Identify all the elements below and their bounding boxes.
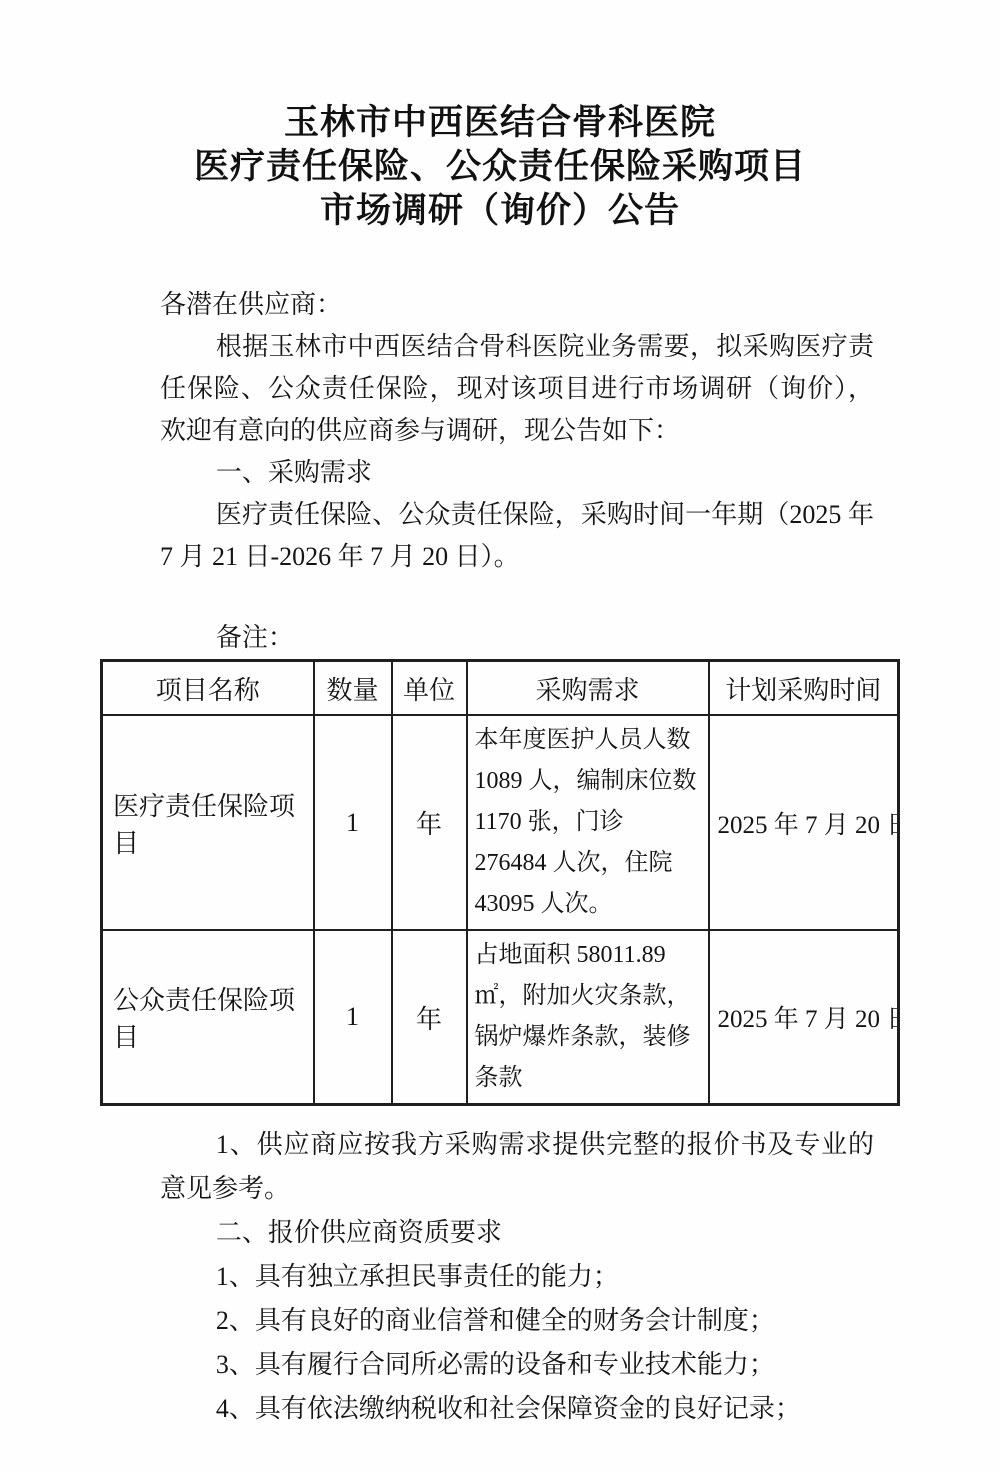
- row2-demand: 占地面积 58011.89 ㎡，附加火灾条款，锅炉爆炸条款，装修条款: [467, 930, 709, 1105]
- row2-planned-time: 2025 年 7 月 20 日: [709, 930, 899, 1105]
- table-row: 医疗责任保险项目 1 年 本年度医护人员人数 1089 人，编制床位数 1170…: [102, 715, 899, 930]
- row1-planned-time: 2025 年 7 月 20 日: [709, 715, 899, 930]
- title-line-1: 玉林市中西医结合骨科医院: [0, 101, 1000, 145]
- qualification-item-3: 3、具有履行合同所必需的设备和专业技术能力；: [160, 1343, 874, 1387]
- after-table-note: 1、供应商应按我方采购需求提供完整的报价书及专业的意见参考。: [160, 1123, 874, 1211]
- header-demand: 采购需求: [467, 661, 709, 716]
- row2-quantity: 1: [314, 930, 392, 1105]
- salutation: 各潜在供应商：: [160, 284, 874, 326]
- row2-unit: 年: [392, 930, 467, 1105]
- section1-body: 医疗责任保险、公众责任保险，采购时间一年期（2025 年 7 月 21 日-20…: [160, 494, 874, 578]
- header-planned-time: 计划采购时间: [709, 661, 899, 716]
- intro-paragraph: 根据玉林市中西医结合骨科医院业务需要，拟采购医疗责任保险、公众责任保险，现对该项…: [160, 326, 874, 452]
- note-label: 备注：: [160, 617, 874, 659]
- qualification-item-1: 1、具有独立承担民事责任的能力；: [160, 1255, 874, 1299]
- document-page: 玉林市中西医结合骨科医院 医疗责任保险、公众责任保险采购项目 市场调研（询价）公…: [0, 0, 1000, 1472]
- row1-project-name: 医疗责任保险项目: [102, 715, 314, 930]
- table-row: 公众责任保险项目 1 年 占地面积 58011.89 ㎡，附加火灾条款，锅炉爆炸…: [102, 930, 899, 1105]
- table-header-row: 项目名称 数量 单位 采购需求 计划采购时间: [102, 661, 899, 716]
- procurement-table: 项目名称 数量 单位 采购需求 计划采购时间 医疗责任保险项目 1 年 本年度医…: [100, 659, 900, 1106]
- title-line-3: 市场调研（询价）公告: [0, 189, 1000, 233]
- row1-unit: 年: [392, 715, 467, 930]
- row1-demand: 本年度医护人员人数 1089 人，编制床位数 1170 张，门诊 276484 …: [467, 715, 709, 930]
- row1-quantity: 1: [314, 715, 392, 930]
- document-title: 玉林市中西医结合骨科医院 医疗责任保险、公众责任保险采购项目 市场调研（询价）公…: [0, 0, 1000, 233]
- qualification-item-4: 4、具有依法缴纳税收和社会保障资金的良好记录；: [160, 1387, 874, 1431]
- section1-heading: 一、采购需求: [160, 452, 874, 494]
- header-project-name: 项目名称: [102, 661, 314, 716]
- header-quantity: 数量: [314, 661, 392, 716]
- qualification-item-2: 2、具有良好的商业信誉和健全的财务会计制度；: [160, 1299, 874, 1343]
- section2-heading: 二、报价供应商资质要求: [160, 1211, 874, 1255]
- row2-project-name: 公众责任保险项目: [102, 930, 314, 1105]
- header-unit: 单位: [392, 661, 467, 716]
- title-line-2: 医疗责任保险、公众责任保险采购项目: [0, 145, 1000, 189]
